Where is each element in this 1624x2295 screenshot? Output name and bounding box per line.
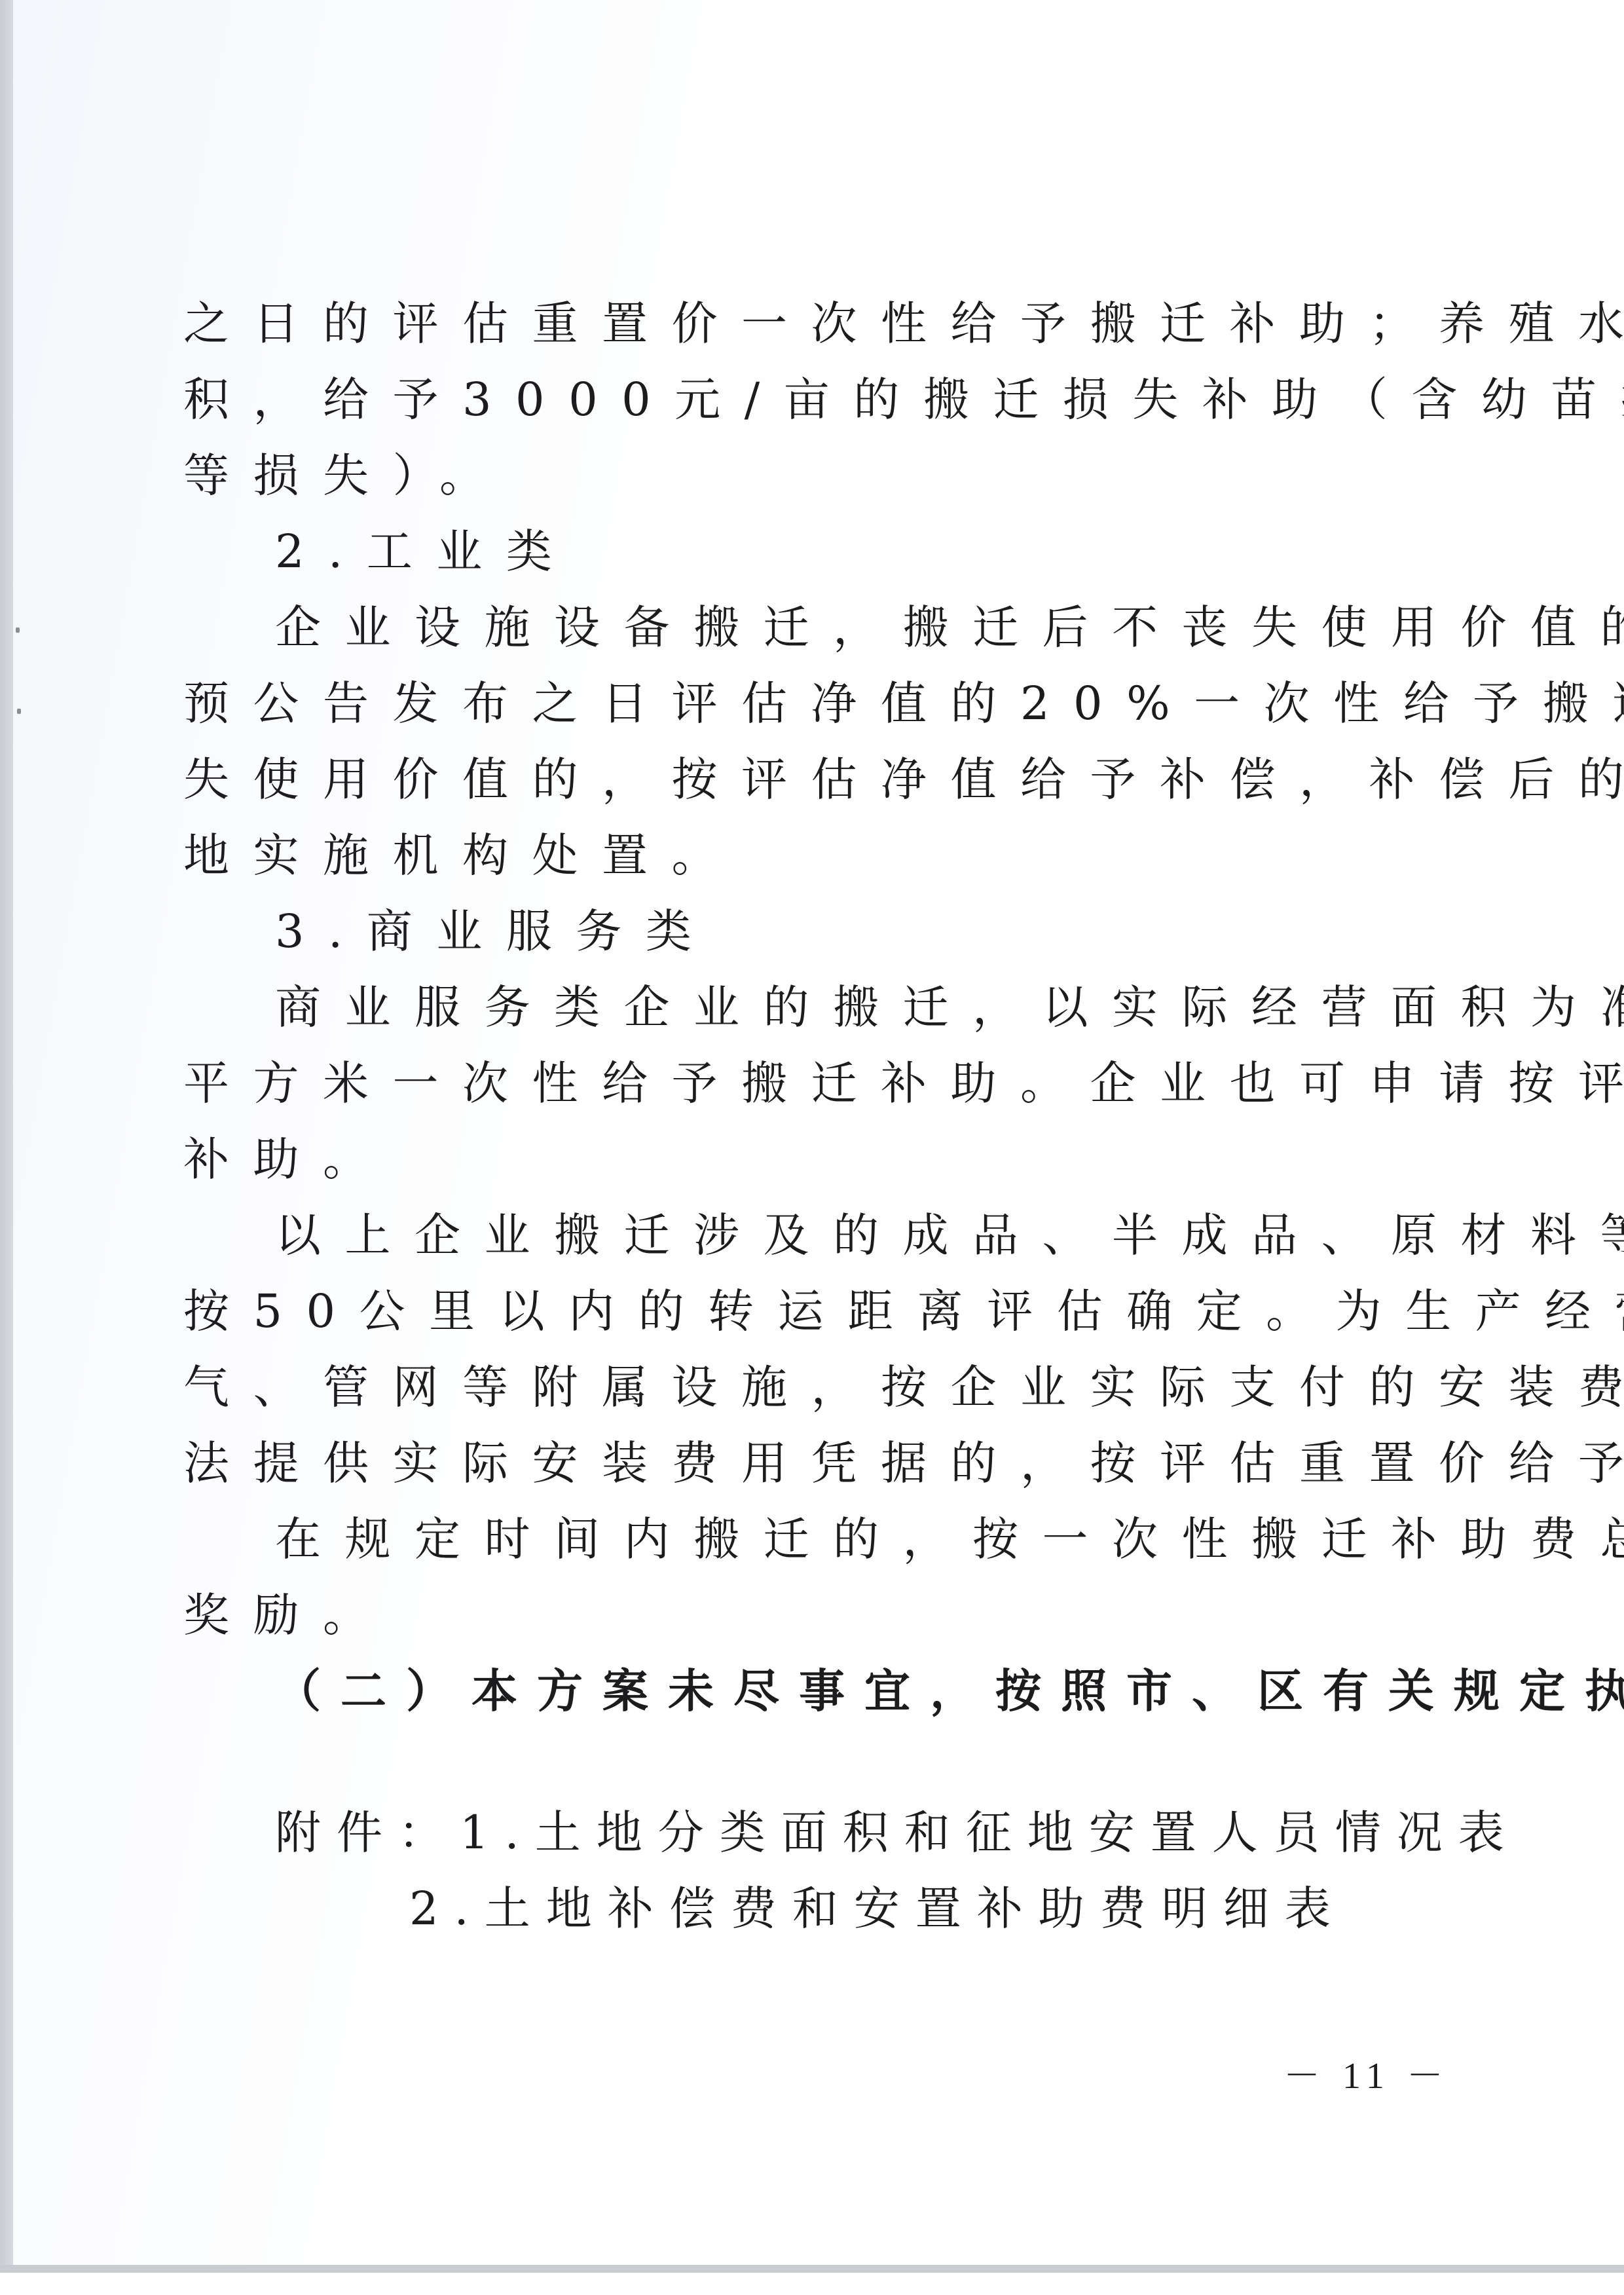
text-line: 地实施机构处置。	[183, 817, 1388, 893]
attachment-item: 1.土地分类面积和征地安置人员情况表	[460, 1806, 1520, 1859]
clause-two-heading: （二）本方案未尽事宜，按照市、区有关规定执行。	[183, 1653, 1388, 1729]
page-number: － 11 －	[1283, 2047, 1450, 2099]
scan-speck	[16, 627, 20, 633]
paragraph-aquaculture-continuation: 之日的评估重置价一次性给予搬迁补助；养殖水面按现状调查面 积，给予3000元/亩…	[183, 286, 1388, 513]
attachments-block: 附件：1.土地分类面积和征地安置人员情况表 2.土地补偿费和安置补助费明细表	[183, 1795, 1388, 1947]
text-line: 奖励。	[183, 1577, 1388, 1653]
document-body: 之日的评估重置价一次性给予搬迁补助；养殖水面按现状调查面 积，给予3000元/亩…	[183, 286, 1388, 1947]
text-line: 商业服务类企业的搬迁，以实际经营面积为准，按200元/	[183, 969, 1388, 1045]
text-line: 预公告发布之日评估净值的20%一次性给予搬迁补助；搬迁后丧	[183, 665, 1388, 741]
scan-edge-bottom	[0, 2265, 1624, 2273]
text-line: 按50公里以内的转运距离评估确定。为生产经营安装的水、电、	[183, 1273, 1388, 1349]
section-heading-commercial: 3.商业服务类	[183, 893, 1388, 969]
text-line: 法提供实际安装费用凭据的，按评估重置价给予补助。	[183, 1425, 1388, 1501]
text-line: 补助。	[183, 1121, 1388, 1197]
text-line: 积，给予3000元/亩的搬迁损失补助（含幼苗损失以及打捞出售	[183, 362, 1388, 438]
attachment-item: 2.土地补偿费和安置补助费明细表	[409, 1882, 1346, 1935]
text-line: 在规定时间内搬迁的，按一次性搬迁补助费总额的10%给予	[183, 1501, 1388, 1577]
attachment-line-1: 附件：1.土地分类面积和征地安置人员情况表	[183, 1795, 1388, 1871]
text-line: 之日的评估重置价一次性给予搬迁补助；养殖水面按现状调查面	[183, 286, 1388, 362]
text-line: 气、管网等附属设施，按企业实际支付的安装费用给予补助；无	[183, 1349, 1388, 1425]
text-line: 等损失）。	[183, 438, 1388, 513]
spacer	[183, 1729, 1388, 1795]
paragraph-reward: 在规定时间内搬迁的，按一次性搬迁补助费总额的10%给予 奖励。	[183, 1501, 1388, 1653]
paragraph-industrial: 企业设施设备搬迁，搬迁后不丧失使用价值的，按征收土地 预公告发布之日评估净值的2…	[183, 589, 1388, 893]
attachment-line-2: 2.土地补偿费和安置补助费明细表	[183, 1871, 1388, 1947]
section-heading-industrial: 2.工业类	[183, 513, 1388, 589]
scan-speck	[17, 709, 21, 714]
paragraph-commercial: 商业服务类企业的搬迁，以实际经营面积为准，按200元/ 平方米一次性给予搬迁补助…	[183, 969, 1388, 1197]
attachments-label: 附件：	[275, 1806, 460, 1859]
paragraph-transport: 以上企业搬迁涉及的成品、半成品、原材料等物资转运费， 按50公里以内的转运距离评…	[183, 1197, 1388, 1501]
scan-edge-left	[0, 0, 13, 2271]
text-line: 企业设施设备搬迁，搬迁后不丧失使用价值的，按征收土地	[183, 589, 1388, 665]
text-line: 以上企业搬迁涉及的成品、半成品、原材料等物资转运费，	[183, 1197, 1388, 1273]
text-line: 失使用价值的，按评估净值给予补偿，补偿后的设施设备交由征	[183, 741, 1388, 817]
text-line: 平方米一次性给予搬迁补助。企业也可申请按评估方式确定搬迁	[183, 1045, 1388, 1121]
